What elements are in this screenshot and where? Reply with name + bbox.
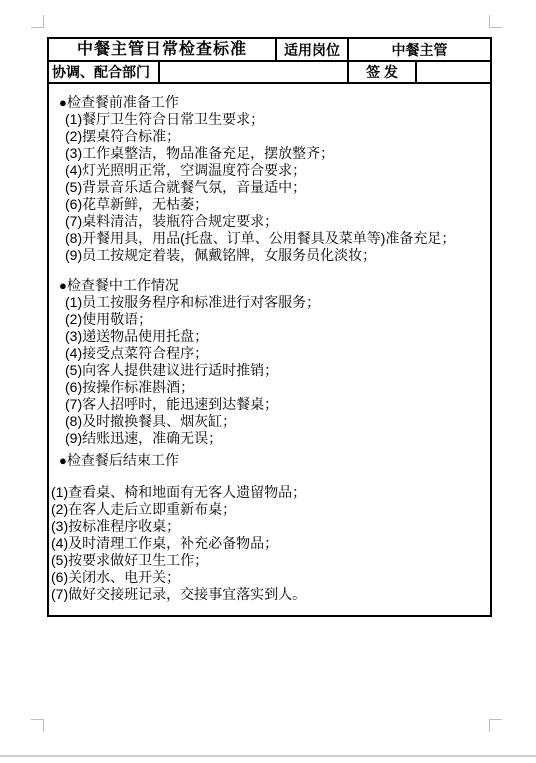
- margin-crop-mark-top-left: [31, 15, 44, 28]
- margin-crop-mark-bottom-left: [31, 719, 44, 732]
- checklist-item: (3)按标准程序收桌；: [49, 518, 486, 535]
- checklist-item: (1)员工按服务程序和标准进行对客服务；: [49, 294, 486, 311]
- applicable-post-label: 适用岗位: [276, 38, 348, 61]
- checklist-item: (5)背景音乐适合就餐气氛，音量适中；: [49, 179, 486, 196]
- section-title: ●检查餐中工作情况: [49, 277, 486, 294]
- checklist-item: (9)员工按规定着装，佩戴铭牌，女服务员化淡妆；: [49, 247, 486, 264]
- checklist-item: (2)摆桌符合标准；: [49, 128, 486, 145]
- coordination-label: 协调、配合部门: [48, 61, 159, 83]
- checklist-item: (6)关闭水、电开关；: [49, 569, 486, 586]
- checklist-items: (1)餐厅卫生符合日常卫生要求； (2)摆桌符合标准； (3)工作桌整洁，物品准…: [49, 111, 486, 264]
- section-title-text: 检查餐中工作情况: [67, 277, 179, 293]
- margin-crop-mark-top-right: [489, 15, 502, 28]
- checklist-item: (7)做好交接班记录，交接事宜落实到人。: [49, 586, 486, 603]
- checklist-item: (2)在客人走后立即重新布桌；: [49, 501, 486, 518]
- checklist-items: (1)查看桌、椅和地面有无客人遗留物品； (2)在客人走后立即重新布桌； (3)…: [49, 484, 486, 603]
- page-bottom-edge: [0, 755, 536, 757]
- checklist-item: (8)及时撤换餐具、烟灰缸；: [49, 413, 486, 430]
- checklist-item: (4)及时清理工作桌，补充必备物品；: [49, 535, 486, 552]
- checklist-item: (4)接受点菜符合程序；: [49, 345, 486, 362]
- sign-label: 签 发: [348, 61, 416, 83]
- checklist-item: (6)花草新鲜，无枯萎；: [49, 196, 486, 213]
- checklist-item: (1)查看桌、椅和地面有无客人遗留物品；: [49, 484, 486, 501]
- section-title: ●检查餐前准备工作: [49, 94, 486, 111]
- checklist-item: (6)按操作标准斟酒；: [49, 379, 486, 396]
- bullet-icon: ●: [59, 95, 67, 110]
- checklist-item: (5)按要求做好卫生工作；: [49, 552, 486, 569]
- checklist-item: (7)桌料清洁，装瓶符合规定要求；: [49, 213, 486, 230]
- checklist-item: (9)结账迅速，准确无误；: [49, 430, 486, 447]
- checklist-item: (3)递送物品使用托盘；: [49, 328, 486, 345]
- document-page: 中餐主管日常检查标准 适用岗位 中餐主管 协调、配合部门 签 发 ●检查餐前准备…: [0, 0, 536, 763]
- applicable-post-value: 中餐主管: [348, 38, 491, 61]
- checklist-item: (7)客人招呼时，能迅速到达餐桌；: [49, 396, 486, 413]
- checklist-item: (4)灯光照明正常，空调温度符合要求；: [49, 162, 486, 179]
- checklist-item: (5)向客人提供建议进行适时推销；: [49, 362, 486, 379]
- document-title: 中餐主管日常检查标准: [48, 38, 276, 61]
- section-title-text: 检查餐后结束工作: [67, 452, 179, 468]
- section-post-meal-check: ●检查餐后结束工作 (1)查看桌、椅和地面有无客人遗留物品； (2)在客人走后立…: [49, 452, 486, 603]
- bullet-icon: ●: [59, 453, 67, 468]
- checklist-item: (3)工作桌整洁，物品准备充足，摆放整齐；: [49, 145, 486, 162]
- margin-crop-mark-bottom-right: [489, 719, 502, 732]
- checklist-item: (2)使用敬语；: [49, 311, 486, 328]
- section-during-meal-check: ●检查餐中工作情况 (1)员工按服务程序和标准进行对客服务； (2)使用敬语； …: [49, 277, 486, 447]
- checklist-item: (1)餐厅卫生符合日常卫生要求；: [49, 111, 486, 128]
- coordination-value-cell: [159, 61, 348, 83]
- sign-value-cell: [416, 61, 491, 83]
- bullet-icon: ●: [59, 278, 67, 293]
- section-title: ●检查餐后结束工作: [49, 452, 486, 469]
- section-pre-meal-check: ●检查餐前准备工作 (1)餐厅卫生符合日常卫生要求； (2)摆桌符合标准； (3…: [49, 94, 486, 264]
- section-title-text: 检查餐前准备工作: [67, 94, 179, 110]
- checklist-item: (8)开餐用具，用品(托盘、订单、公用餐具及菜单等)准备充足；: [49, 230, 486, 247]
- checklist-content-cell: ●检查餐前准备工作 (1)餐厅卫生符合日常卫生要求； (2)摆桌符合标准； (3…: [48, 83, 491, 616]
- inspection-standard-table: 中餐主管日常检查标准 适用岗位 中餐主管 协调、配合部门 签 发 ●检查餐前准备…: [47, 37, 490, 617]
- checklist-items: (1)员工按服务程序和标准进行对客服务； (2)使用敬语； (3)递送物品使用托…: [49, 294, 486, 447]
